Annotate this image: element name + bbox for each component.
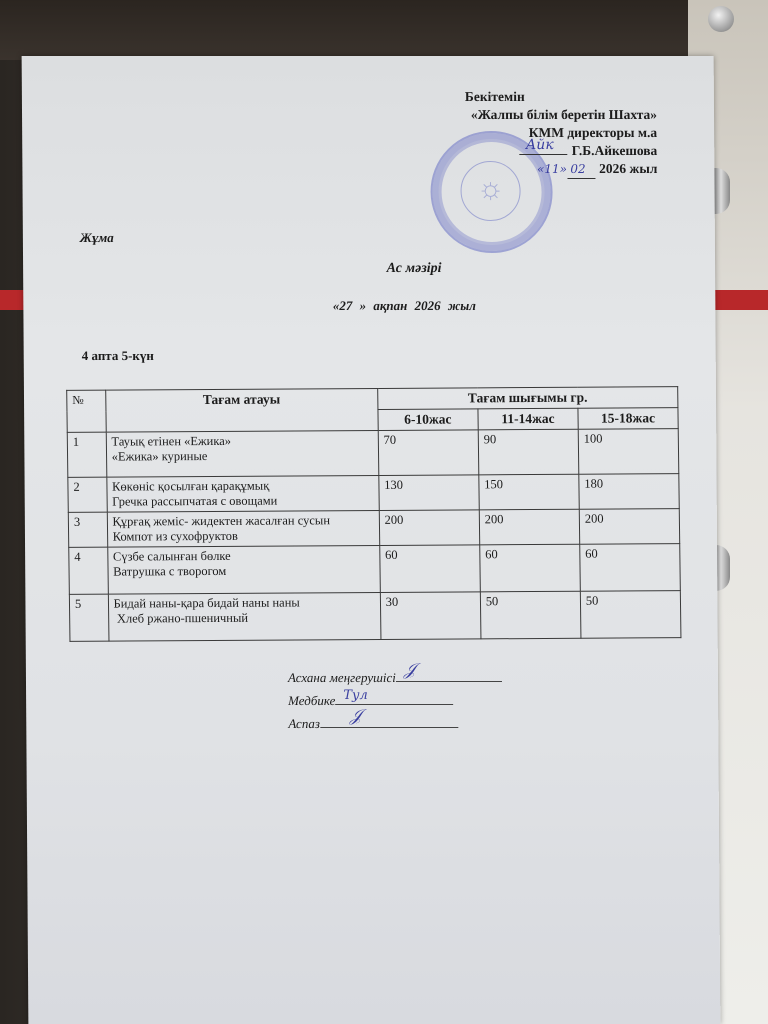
menu-date: «27 » ақпан 2026 жыл [23,298,715,314]
yield-11-14: 60 [480,544,581,592]
dish-name-kz: Тауық етінен «Ежика» [111,433,372,450]
header-yield: Тағам шығымы гр. [377,387,678,410]
yield-15-18: 180 [579,474,680,510]
signer-row: АйкГ.Б.Айкешова [442,142,657,160]
dish-name-kz: Бидай наны-қара бидай наны наны [113,595,374,612]
nurse-signature: Тул [343,684,368,707]
header-age-11-14: 11-14жас [478,408,578,430]
signer-name: Г.Б.Айкешова [572,143,658,158]
nurse-label: Медбике [288,693,335,708]
approval-day: «11» [537,162,567,176]
yield-15-18: 200 [579,509,680,545]
row-number: 2 [68,477,107,512]
yield-6-10: 130 [379,475,480,511]
signature-block: Асхана меңгерушісі𝒥 МедбикеТул Аспаз𝒥 [288,666,502,735]
clip-icon [712,168,730,214]
cook-line: 𝒥 [320,713,458,728]
approval-month: 02 [570,162,585,176]
weekday: Жұма [80,230,114,246]
background-wall [0,0,768,60]
header-number: № [67,390,106,432]
dish-name-ru: «Ежика» куриные [112,448,373,465]
nurse-line: Тул [335,690,453,705]
table-row: 3 Құрғақ жеміс- жидектен жасалған сусынК… [68,509,679,548]
yield-11-14: 90 [478,429,579,475]
table-row: 2 Көкөніс қосылған қарақұмықГречка рассы… [68,474,679,513]
kitchen-head-label: Асхана меңгерушісі [288,670,396,685]
signature-kitchen-head: Асхана меңгерушісі𝒥 [288,666,502,689]
dish-name-ru: Компот из сухофруктов [113,528,374,545]
dish-name: Тауық етінен «Ежика»«Ежика» куриные [106,430,379,477]
approval-block: Бекітемін «Жалпы білім беретін Шахта» КМ… [442,88,658,179]
menu-table: № Тағам атауы Тағам шығымы гр. 6-10жас 1… [66,386,681,642]
director-signature-line: Айк [520,142,568,155]
row-number: 3 [68,512,107,547]
dish-name-kz: Сүзбе салынған бөлке [113,548,374,565]
yield-11-14: 150 [479,474,580,510]
yield-15-18: 60 [580,544,681,592]
kitchen-head-line: 𝒥 [396,667,502,682]
dish-name-kz: Көкөніс қосылған қарақұмық [112,478,373,495]
table-row: 5 Бидай наны-қара бидай наны наны Хлеб р… [69,591,681,642]
header-age-15-18: 15-18жас [578,408,678,430]
dish-name-ru: Хлеб ржано-пшеничный [114,610,375,627]
cook-label: Аспаз [288,716,320,731]
dish-name: Бидай наны-қара бидай наны наны Хлеб ржа… [108,592,381,641]
kitchen-head-signature: 𝒥 [404,659,416,682]
row-number: 1 [67,432,106,477]
yield-11-14: 200 [479,509,580,545]
menu-document: Бекітемін «Жалпы білім беретін Шахта» КМ… [22,56,721,1024]
dish-name: Құрғақ жеміс- жидектен жасалған сусынКом… [107,510,380,547]
header-age-6-10: 6-10жас [378,409,478,431]
yield-6-10: 70 [378,430,479,476]
yield-15-18: 50 [580,591,681,639]
row-number: 5 [69,594,108,641]
approval-year: 2026 жыл [599,161,657,176]
table-row: 1 Тауық етінен «Ежика»«Ежика» куриные 70… [67,429,679,478]
header-dish-name: Тағам атауы [105,388,378,432]
approval-month-line: 02 [567,160,596,179]
yield-11-14: 50 [480,591,581,639]
signature-nurse: МедбикеТул [288,689,502,712]
yield-6-10: 200 [379,510,480,546]
table-row: 4 Сүзбе салынған бөлкеВатрушка с творого… [69,544,681,595]
signature-cook: Аспаз𝒥 [288,712,502,735]
dish-name: Көкөніс қосылған қарақұмықГречка рассыпч… [106,475,379,512]
dish-name-ru: Ватрушка с творогом [113,563,374,580]
director-signature: Айк [526,136,554,154]
approval-heading: Бекітемін [442,88,657,106]
school-name: «Жалпы білім беретін Шахта» [442,106,657,124]
bolt-icon [708,6,734,32]
approval-date: «11» 02 2026 жыл [442,160,657,179]
document-title: Ас мәзірі [23,261,715,277]
week-day-label: 4 апта 5-күн [82,348,154,364]
yield-6-10: 60 [379,545,480,593]
dish-name: Сүзбе салынған бөлкеВатрушка с творогом [107,545,380,594]
yield-15-18: 100 [578,429,679,475]
dish-name-ru: Гречка рассыпчатая с овощами [112,493,373,510]
row-number: 4 [69,547,108,594]
dish-name-kz: Құрғақ жеміс- жидектен жасалған сусын [112,513,373,530]
cook-signature: 𝒥 [350,705,362,728]
yield-6-10: 30 [380,592,481,640]
